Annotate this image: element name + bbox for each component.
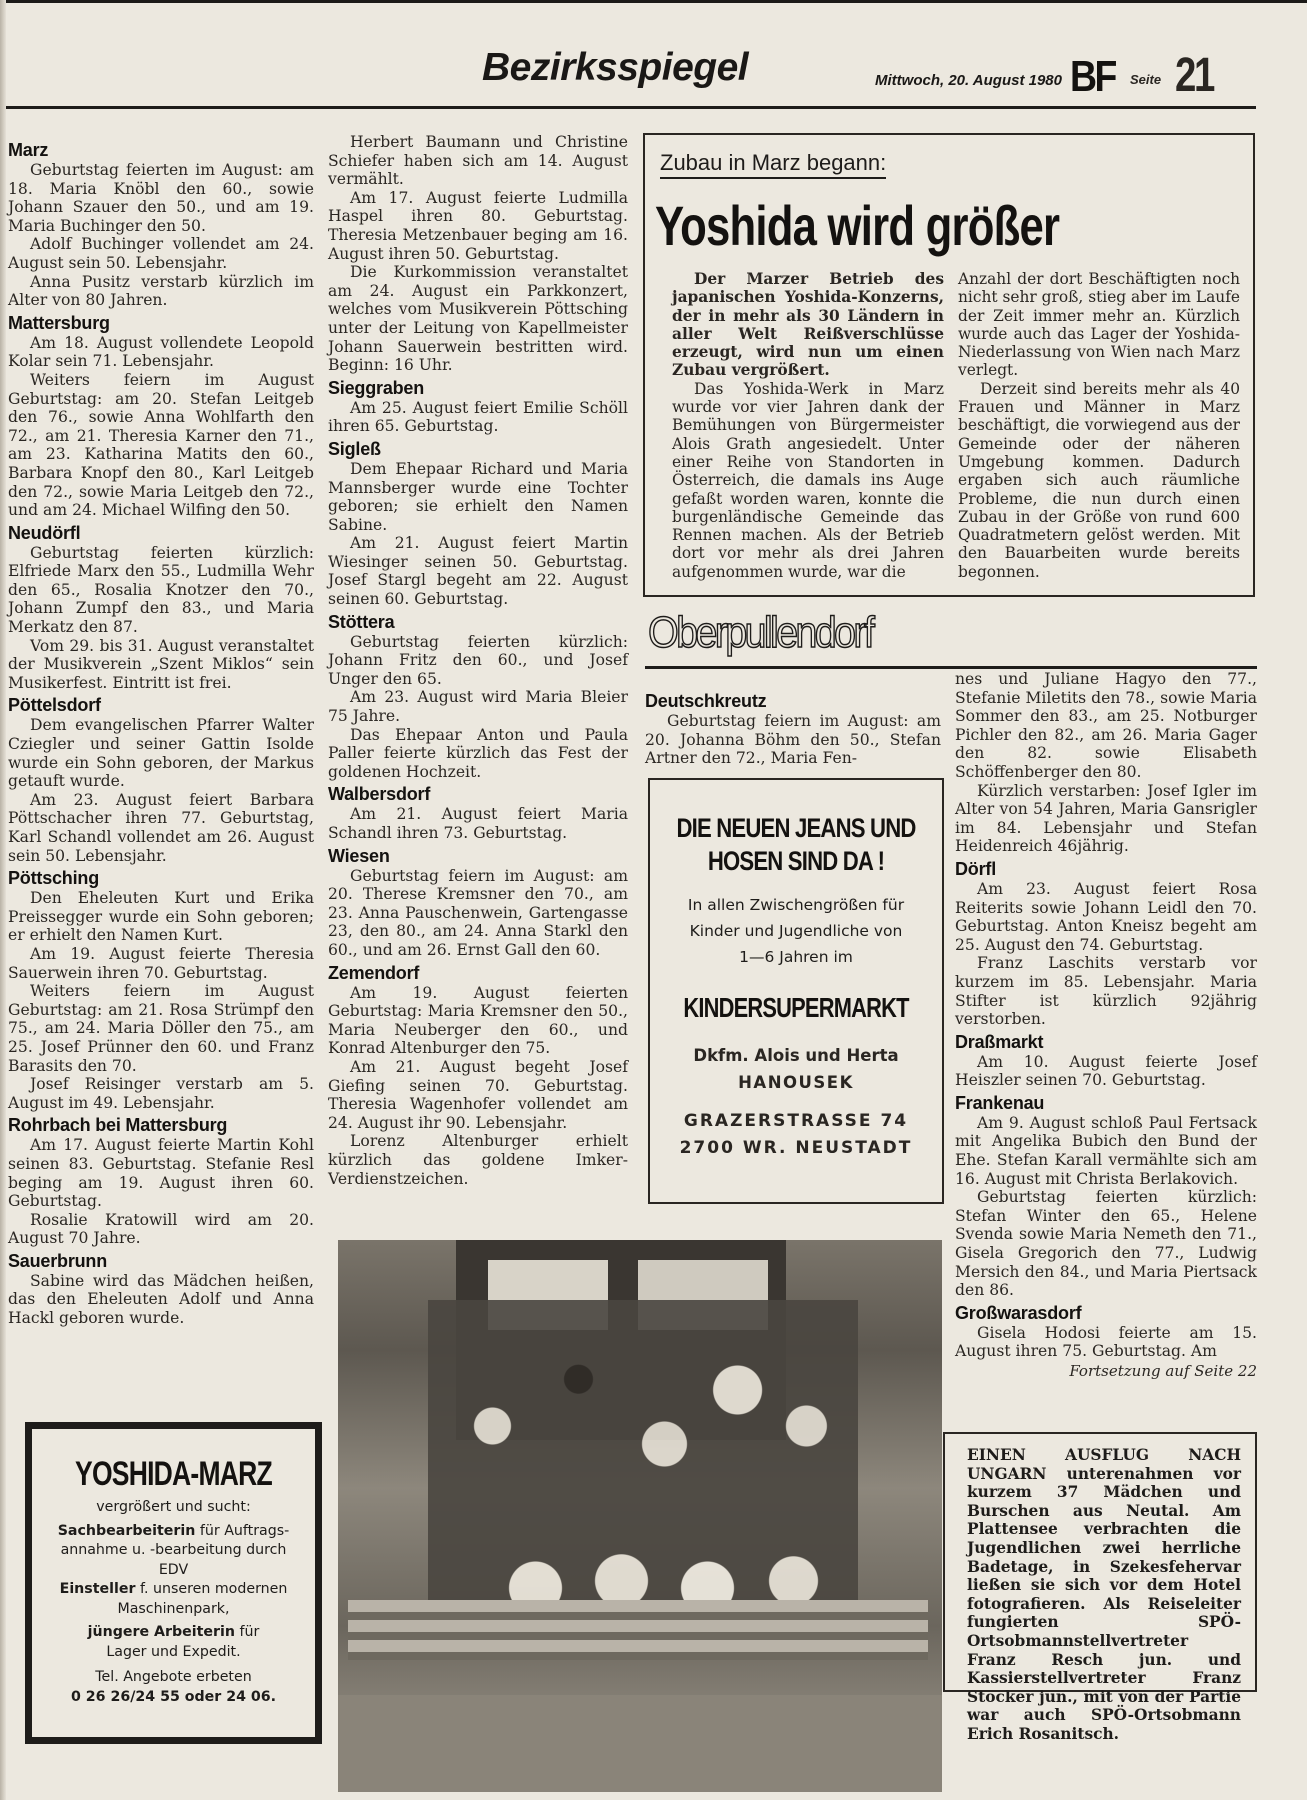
ad-job-2-line2: Maschinenpark, (32, 1600, 315, 1620)
yoshida-job-ad: YOSHIDA-MARZ vergrößert und sucht: Sachb… (25, 1422, 322, 1744)
ad-body: In allen Zwischengrößen für Kinder und J… (650, 892, 942, 970)
section-heading-poettsching: Pöttsching (8, 867, 314, 889)
paragraph: Am 23. August feiert Rosa Reiterits sowi… (955, 880, 1257, 954)
paragraph: Am 25. August feiert Emilie Schöll ihren… (328, 399, 628, 436)
ad-job-2: Einsteller f. unseren modernen (32, 1580, 315, 1600)
header-rule (6, 106, 1256, 109)
page-top-edge (0, 0, 1307, 3)
paragraph: Am 9. August schloß Paul Fertsack mit An… (955, 1114, 1257, 1188)
paragraph: Das Yoshida-Werk in Marz wurde vor vier … (672, 380, 944, 581)
section-title: Bezirksspiegel (482, 46, 748, 90)
issue-date: Mittwoch, 20. August 1980 (875, 72, 1062, 89)
district-rule (645, 666, 1257, 669)
section-heading-poettelsdorf: Pöttelsdorf (8, 694, 314, 716)
section-heading-marz: Marz (8, 139, 314, 161)
paragraph: Am 21. August begeht Josef Giefing seine… (328, 1058, 628, 1132)
paragraph: nes und Juliane Hagyo den 77., Stefanie … (955, 670, 1257, 782)
section-heading-drassmarkt: Draßmarkt (955, 1031, 1257, 1053)
ad-subline: vergrößert und sucht: (32, 1498, 315, 1518)
paragraph: Am 19. August feierte Theresia Sauerwein… (8, 945, 314, 982)
paragraph: Weiters feiern im August Geburtstag: am … (8, 371, 314, 520)
article-column-1: Der Marzer Betrieb des japanischen Yoshi… (672, 270, 944, 581)
section-heading-zemendorf: Zemendorf (328, 962, 628, 984)
column-3: Deutschkreutz Geburtstag feiern im Augus… (645, 688, 941, 768)
ad-contact: Tel. Angebote erbeten (32, 1668, 315, 1688)
article-kicker: Zubau in Marz begann: (660, 150, 886, 179)
paragraph: Geburtstag feierten kürzlich: Johann Fri… (328, 633, 628, 689)
paragraph: Am 10. August feierte Josef Heiszler sei… (955, 1053, 1257, 1090)
photo-caption: EINEN AUSFLUG NACH UNGARN unterenahmen v… (945, 1434, 1255, 1744)
section-heading-deutschkreutz: Deutschkreutz (645, 690, 941, 712)
paragraph: Am 18. August vollendete Leopold Kolar s… (8, 334, 314, 371)
ad-job-1-line3: EDV (32, 1561, 315, 1581)
paragraph: Am 19. August feierten Geburtstag: Maria… (328, 984, 628, 1058)
paragraph: Den Eheleuten Kurt und Erika Preissegger… (8, 889, 314, 945)
section-heading-doerfl: Dörfl (955, 858, 1257, 880)
section-heading-sigless: Sigleß (328, 438, 628, 460)
paragraph: Am 17. August feierte Ludmilla Haspel ih… (328, 189, 628, 263)
paragraph: Rosalie Kratowill wird am 20. August 70 … (8, 1211, 314, 1248)
paragraph: Das Ehepaar Anton und Paula Paller feier… (328, 726, 628, 782)
paragraph: Geburtstag feierten kürzlich: Stefan Win… (955, 1188, 1257, 1300)
ad-phone: 0 26 26/24 55 oder 24 06. (32, 1688, 315, 1708)
column-4: nes und Juliane Hagyo den 77., Stefanie … (955, 670, 1257, 1381)
paragraph: Josef Reisinger verstarb am 5. August im… (8, 1075, 314, 1112)
section-heading-stoettera: Stöttera (328, 611, 628, 633)
paragraph: Sabine wird das Mädchen heißen, das den … (8, 1272, 314, 1328)
article-lead: Der Marzer Betrieb des japanischen Yoshi… (672, 270, 944, 380)
paragraph: Die Kurkommission veranstaltet am 24. Au… (328, 263, 628, 375)
ad-job-3: jüngere Arbeiterin für (32, 1623, 315, 1643)
paragraph: Geburtstag feierten kürzlich: Elfriede M… (8, 544, 314, 637)
paragraph: Am 23. August feiert Barbara Pöttschache… (8, 791, 314, 865)
page-number: 21 (1175, 48, 1213, 103)
paragraph: Herbert Baumann und Christine Schiefer h… (328, 133, 628, 189)
ad-job-1-line2: annahme u. -bearbeitung durch (32, 1541, 315, 1561)
paragraph: Am 21. August feiert Maria Schandl ihren… (328, 805, 628, 842)
paragraph: Franz Laschits verstarb vor kurzem im 85… (955, 954, 1257, 1028)
section-heading-sauerbrunn: Sauerbrunn (8, 1250, 314, 1272)
paragraph: Anna Pusitz verstarb kürzlich im Alter v… (8, 273, 314, 310)
article-column-2: Anzahl der dort Beschäftigten noch nicht… (958, 270, 1240, 581)
ad-headline-1: DIE NEUEN JEANS UND (676, 812, 915, 845)
page-label: Seite (1130, 72, 1161, 87)
article-headline: Yoshida wird größer (655, 193, 1059, 258)
section-heading-frankenau: Frankenau (955, 1092, 1257, 1114)
job-title: Sachbearbeiterin (58, 1523, 196, 1539)
section-heading-walbersdorf: Walbersdorf (328, 783, 628, 805)
job-title: jüngere Arbeiterin (88, 1624, 235, 1640)
paragraph: Gisela Hodosi feierte am 15. August ihre… (955, 1324, 1257, 1361)
ad-address: GRAZERSTRASSE 74 2700 WR. NEUSTADT (650, 1108, 942, 1162)
ad-body-line: 1—6 Jahren im (650, 944, 942, 970)
ad-store-name: KINDERSUPERMARKT (682, 992, 910, 1024)
paragraph: Geburtstag feiern im August: am 20. Ther… (328, 867, 628, 960)
ad-body-line: Kinder und Jugendliche von (650, 918, 942, 944)
section-heading-neudoerfl: Neudörfl (8, 522, 314, 544)
paragraph: Am 17. August feierte Martin Kohl seinen… (8, 1136, 314, 1210)
paper-logo: BF (1070, 52, 1115, 102)
group-photo (338, 1240, 942, 1792)
paragraph: Weiters feiern im August Geburtstag: am … (8, 982, 314, 1075)
jeans-ad: DIE NEUEN JEANS UND HOSEN SIND DA ! In a… (648, 778, 944, 1204)
photo-steps (348, 1600, 928, 1660)
ad-owners: Dkfm. Alois und Herta HANOUSEK (650, 1042, 942, 1096)
ad-owners-line: Dkfm. Alois und Herta (650, 1042, 942, 1069)
column-1: Marz Geburtstag feierten im August: am 1… (8, 137, 314, 1328)
continuation-note: Fortsetzung auf Seite 22 (955, 1362, 1257, 1381)
paragraph: Geburtstag feierten im August: am 18. Ma… (8, 161, 314, 235)
district-banner: Oberpullendorf (648, 608, 872, 658)
section-heading-wiesen: Wiesen (328, 845, 628, 867)
photo-caption-box: EINEN AUSFLUG NACH UNGARN unterenahmen v… (943, 1432, 1257, 1692)
paragraph: Derzeit sind bereits mehr als 40 Frauen … (958, 380, 1240, 581)
page-left-edge (0, 0, 6, 1800)
paragraph: Lorenz Altenburger erhielt kürzlich das … (328, 1132, 628, 1188)
job-title: Einsteller (60, 1581, 136, 1597)
paragraph: Am 21. August feiert Martin Wiesinger se… (328, 534, 628, 608)
paragraph: Kürzlich verstarben: Josef Igler im Alte… (955, 782, 1257, 856)
job-detail: für (235, 1624, 259, 1640)
ad-headline-2: HOSEN SIND DA ! (676, 845, 915, 878)
section-heading-rohrbach: Rohrbach bei Mattersburg (8, 1114, 314, 1136)
section-heading-mattersburg: Mattersburg (8, 312, 314, 334)
paragraph: Dem evangelischen Pfarrer Walter Cziegle… (8, 716, 314, 790)
paragraph: Dem Ehepaar Richard und Maria Mannsberge… (328, 460, 628, 534)
paragraph: Vom 29. bis 31. August veranstaltet der … (8, 637, 314, 693)
ad-address-line: 2700 WR. NEUSTADT (650, 1135, 942, 1162)
ad-job-1: Sachbearbeiterin für Auftrags- (32, 1522, 315, 1542)
ad-owners-line: HANOUSEK (650, 1069, 942, 1096)
column-2: Herbert Baumann und Christine Schiefer h… (328, 133, 628, 1188)
ad-address-line: GRAZERSTRASSE 74 (650, 1108, 942, 1135)
ad-body-line: In allen Zwischengrößen für (650, 892, 942, 918)
paragraph: Adolf Buchinger vollendet am 24. August … (8, 235, 314, 272)
section-heading-sieggraben: Sieggraben (328, 377, 628, 399)
paragraph: Am 23. August wird Maria Bleier 75 Jahre… (328, 688, 628, 725)
job-detail: für Auftrags- (195, 1523, 289, 1539)
ad-headline: YOSHIDA-MARZ (63, 1455, 284, 1494)
paragraph: Geburtstag feiern im August: am 20. Joha… (645, 712, 941, 768)
job-detail: f. unseren modernen (135, 1581, 287, 1597)
section-heading-grosswarasdorf: Großwarasdorf (955, 1302, 1257, 1324)
ad-job-3-line2: Lager und Expedit. (32, 1643, 315, 1663)
paragraph: Anzahl der dort Beschäftigten noch nicht… (958, 270, 1240, 380)
photo-ground (338, 1695, 942, 1792)
